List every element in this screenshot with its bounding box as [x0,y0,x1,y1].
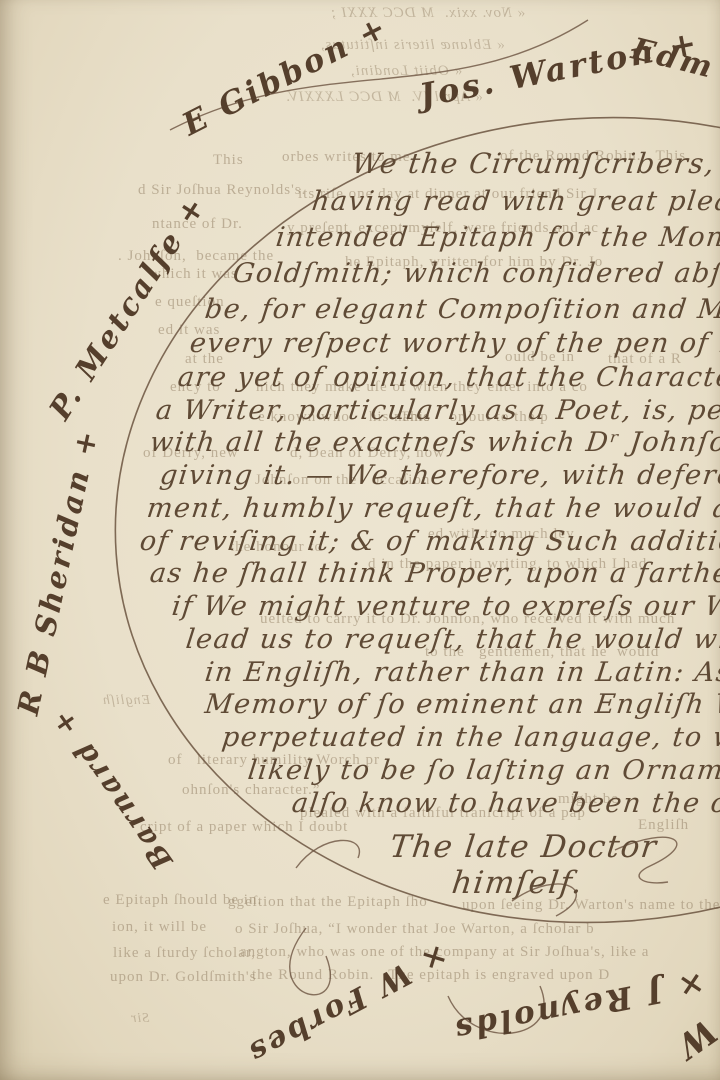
manuscript-line: Memory of ſo eminent an Engliſh Writer [203,691,720,718]
round-robin-facsimile-page: { "document": { "kind": "manuscript-facs… [0,0,720,1080]
ghost-text: o Sir Joſhua, “I wonder that Joe Warton,… [235,922,595,937]
ghost-text: This [213,153,244,168]
doctor-left-swash [296,840,359,868]
signature-w: W [669,1013,720,1064]
signature-barnard: Barnard + [46,703,178,874]
ghost-text: d Sir Joſhua Reynolds's. [138,183,306,198]
manuscript-line: Goldſmith; which conſidered abſtractedly… [231,260,720,287]
signature-r-b-sheridan: R B Sheridan + [14,426,103,718]
manuscript-line: lead us to requeſt, that he would write … [184,626,720,653]
manuscript-line: of reviſing it; & of making Such additio… [138,528,720,555]
ghost-text: like a ſturdy ſcholar, [113,946,256,961]
manuscript-line: intended Epitaph for the Monument o [274,224,720,251]
manuscript-line: as he ſhall think Proper, upon a farther… [148,560,720,587]
manuscript-line: We the Circumſcribers, [350,150,717,178]
manuscript-line: perpetuated in the language, to which h [220,724,720,751]
manuscript-line: ment, humbly requeſt, that he would at l… [145,495,720,522]
manuscript-line: are yet of opinion, that the Character o… [176,364,720,391]
manuscript-line: alſo know to have been the opinio [290,790,720,817]
manuscript-line: having read with great pleaſure, [310,188,720,215]
ghost-text: ion, it will be [112,920,207,935]
manuscript-line: be, for elegant Compoſition and Maſterly [203,296,720,323]
manuscript-line: if We might venture to expreſs our Wiſh [170,593,720,620]
manuscript-line: likely to be ſo laſting an Ornament, [246,757,720,784]
ghost-text: upon Dr. Goldſmith's [110,970,256,985]
ghost-text-mirrored: Engliſh [102,694,150,708]
manuscript-line: himſelf. [450,868,585,899]
manuscript-line: giving it. — We therefore, with deferenc… [158,462,720,489]
ghost-text-mirrored: Sir [130,1012,149,1026]
forbes-paraph [290,928,331,995]
ghost-text: cript of a paper which I doubt [140,820,348,835]
ghost-text: ggeſtion that the Epitaph ſho [228,895,428,910]
manuscript-line: with all the exactneſs which Dʳ Johnſon … [148,429,720,456]
manuscript-line: The late Doctor [388,832,659,863]
manuscript-line: in Engliſh, rather than in Latin: As [203,659,720,686]
manuscript-line: a Writer, particularly as a Poet, is, pe… [154,397,720,424]
signature-edm: Edm [628,34,717,84]
manuscript-line: every reſpect worthy of the pen of its l… [188,330,720,357]
